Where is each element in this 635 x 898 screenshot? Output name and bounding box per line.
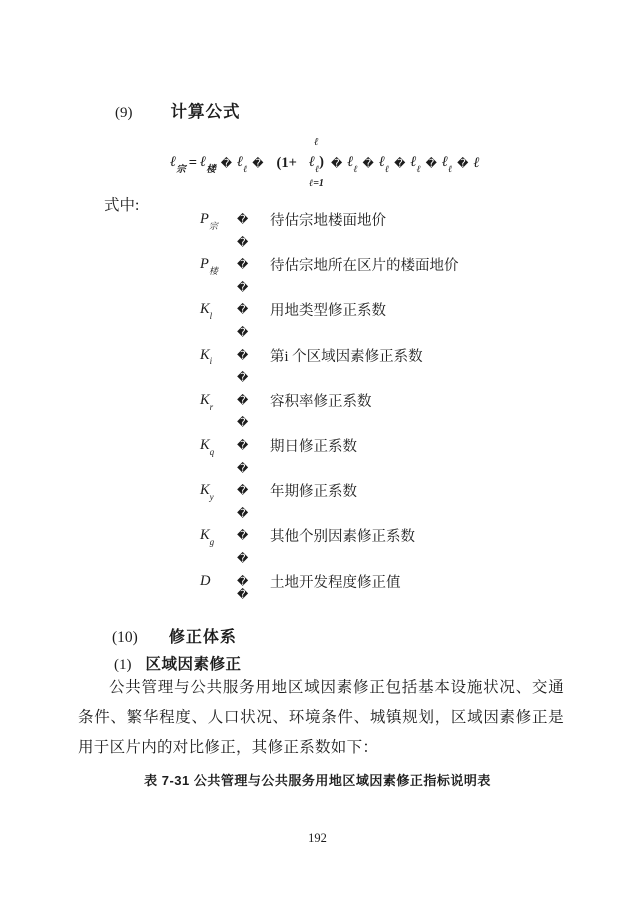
missing-glyph-icon: � — [237, 213, 270, 226]
sum-term: ℓℓ ) — [309, 154, 324, 173]
definition-row: Ki � 第i 个区域因素修正系数 — [200, 347, 462, 370]
definition-spacer-row: � — [200, 279, 462, 302]
formula-k4-term: ℓℓ — [410, 154, 420, 173]
formula-floor-term: ℓ楼 — [200, 154, 216, 173]
table-caption: 表 7-31 公共管理与公共服务用地区域因素修正指标说明表 — [0, 770, 635, 789]
formula-k2-term: ℓℓ — [347, 154, 357, 173]
definition-text: 待估宗地楼面地价 — [270, 211, 462, 233]
section-number: (10) — [112, 629, 138, 647]
missing-glyph-icon: � — [237, 462, 270, 475]
missing-glyph-icon: � — [237, 416, 270, 429]
definition-spacer-row: � — [200, 550, 462, 573]
missing-glyph-icon: � — [237, 326, 270, 339]
sum-upper-limit: ℓ — [314, 138, 319, 148]
paren-open: (1+ — [277, 155, 297, 172]
equals-sign: = — [189, 155, 197, 172]
missing-glyph-icon: � — [237, 303, 270, 316]
definition-text: 土地开发程度修正值 — [270, 573, 462, 595]
missing-glyph-icon: � — [237, 529, 270, 542]
missing-glyph-icon: � — [237, 258, 270, 271]
definition-row: Kl � 用地类型修正系数 — [200, 301, 462, 324]
section-title: 计算公式 — [171, 98, 241, 122]
missing-glyph-icon: � — [237, 349, 270, 362]
missing-glyph-icon: � — [237, 236, 270, 249]
document-page: (9) 计算公式 ℓ宗 = ℓ楼 � ℓℓ � (1+ ℓ ℓℓ ) ℓ=1 �… — [0, 0, 635, 898]
sum-lower-limit: ℓ=1 — [309, 179, 324, 189]
definition-text: 待估宗地所在区片的楼面地价 — [270, 256, 462, 278]
missing-glyph-icon: � — [331, 157, 342, 170]
formula-k3-term: ℓℓ — [379, 154, 389, 173]
subsection-number: (1) — [114, 657, 132, 674]
definition-spacer-row: � — [200, 369, 462, 392]
missing-glyph-icon: � — [394, 157, 405, 170]
subsection-title: 区域因素修正 — [146, 652, 242, 674]
missing-glyph-icon: � — [221, 157, 232, 170]
missing-glyph-icon: � — [237, 394, 270, 407]
formula: ℓ宗 = ℓ楼 � ℓℓ � (1+ ℓ ℓℓ ) ℓ=1 � ℓℓ � ℓℓ … — [170, 138, 480, 189]
section-heading-10: (10) 修正体系 — [112, 624, 237, 647]
missing-glyph-icon: � — [426, 157, 437, 170]
missing-glyph-icon: � — [252, 157, 263, 170]
section-number: (9) — [115, 105, 133, 122]
subsection-heading-1: (1) 区域因素修正 — [114, 652, 242, 674]
missing-glyph-icon: � — [237, 507, 270, 520]
symbol-definitions: P宗 � 待估宗地楼面地价 � P楼 � 待估宗地所在区片的楼面地价 � Kl … — [200, 211, 462, 601]
missing-glyph-icon: � — [237, 552, 270, 565]
definition-row: Kq � 期日修正系数 — [200, 437, 462, 460]
definition-text: 第i 个区域因素修正系数 — [270, 347, 462, 369]
definition-row: P宗 � 待估宗地楼面地价 — [200, 211, 462, 234]
formula-k5-term: ℓℓ — [442, 154, 452, 173]
definition-row: D � � 土地开发程度修正值 — [200, 573, 462, 601]
body-paragraph: 公共管理与公共服务用地区域因素修正包括基本设施状况、交通条件、繁华程度、人口状况… — [78, 673, 564, 763]
definition-spacer-row: � — [200, 234, 462, 257]
formula-lhs: ℓ宗 — [170, 154, 186, 173]
definition-text: 年期修正系数 — [270, 482, 462, 504]
missing-glyph-icon: � — [237, 588, 270, 601]
page-number: 192 — [0, 831, 635, 846]
formula-final-term: ℓ — [473, 155, 479, 172]
definition-text: 期日修正系数 — [270, 437, 462, 459]
missing-glyph-icon: � — [237, 484, 270, 497]
definition-text: 容积率修正系数 — [270, 392, 462, 414]
definition-text: 用地类型修正系数 — [270, 301, 462, 323]
definition-spacer-row: � — [200, 460, 462, 483]
definition-spacer-row: � — [200, 414, 462, 437]
missing-glyph-icon: � — [237, 371, 270, 384]
missing-glyph-icon: � — [237, 281, 270, 294]
missing-glyph-icon: � — [363, 157, 374, 170]
definition-row: P楼 � 待估宗地所在区片的楼面地价 — [200, 256, 462, 279]
missing-glyph-icon: � — [457, 157, 468, 170]
definition-spacer-row: � — [200, 324, 462, 347]
definition-row: Kg � 其他个别因素修正系数 — [200, 527, 462, 550]
definition-text: 其他个别因素修正系数 — [270, 527, 462, 549]
definition-row: Kr � 容积率修正系数 — [200, 392, 462, 415]
missing-glyph-icon: � — [237, 575, 270, 588]
paren-close: ) — [319, 154, 324, 171]
definition-spacer-row: � — [200, 505, 462, 528]
summation-stack: ℓ ℓℓ ) ℓ=1 — [309, 138, 324, 189]
missing-glyph-icon: � — [237, 439, 270, 452]
where-label: 式中: — [104, 193, 139, 215]
section-title: 修正体系 — [169, 624, 237, 647]
formula-k1-term: ℓℓ — [237, 154, 247, 173]
section-heading-9: (9) 计算公式 — [115, 98, 241, 122]
definition-row: Ky � 年期修正系数 — [200, 482, 462, 505]
